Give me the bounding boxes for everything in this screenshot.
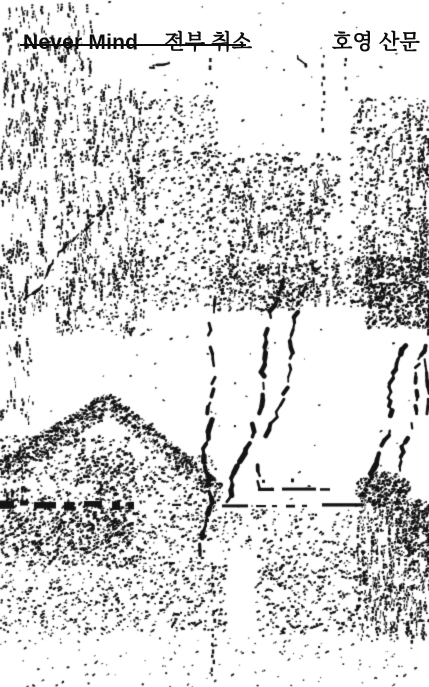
cover-title-en: Never Mind bbox=[23, 31, 138, 54]
book-cover: Never Mind전부 취소 호영 산문 bbox=[0, 0, 429, 687]
cover-title-ko: 전부 취소 bbox=[164, 31, 252, 54]
author-title: 호영 산문 bbox=[332, 30, 420, 56]
title-group: Never Mind전부 취소 bbox=[23, 30, 252, 56]
cover-artwork bbox=[0, 0, 429, 687]
